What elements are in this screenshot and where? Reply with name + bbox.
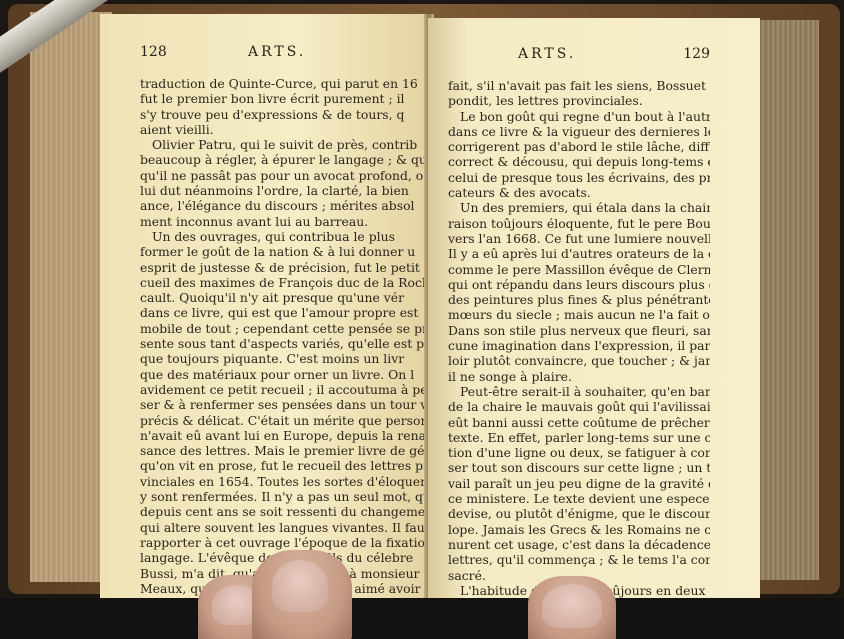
text-line: ser & à renfermer ses pensées dans un to… — [140, 397, 428, 412]
text-line: mobile de tout ; cependant cette pensée … — [140, 321, 428, 336]
text-line: texte. En effet, parler long-tems sur un… — [448, 430, 710, 445]
thumb-right — [528, 576, 616, 639]
text-line: y sont renfermées. Il n'y a pas un seul … — [140, 489, 428, 504]
text-line: beaucoup à régler, à épurer le langage ;… — [140, 152, 428, 167]
text-line: Le bon goût qui regne d'un bout à l'autr… — [448, 109, 710, 124]
text-line: ance, l'élégance du discours ; mérites a… — [140, 198, 428, 213]
text-line: vers l'an 1668. Ce fut une lumiere nouve… — [448, 231, 710, 246]
text-line: que toujours piquante. C'est moins un li… — [140, 351, 428, 366]
text-line: cault. Quoiqu'il n'y ait presque qu'une … — [140, 290, 428, 305]
running-head: ARTS. — [518, 46, 576, 62]
page-number: 129 — [683, 46, 710, 62]
text-line: correct & décousu, qui depuis long-tems … — [448, 154, 710, 169]
finger-left-2 — [252, 550, 352, 639]
text-line: mœurs du siecle ; mais aucun ne l'a fait… — [448, 307, 710, 322]
running-head: ARTS. — [248, 44, 306, 60]
text-line: eût banni aussi cette coûtume de prêcher… — [448, 415, 710, 430]
text-line: ment inconnus avant lui au barreau. — [140, 214, 428, 229]
text-line: Olivier Patru, qui le suivit de près, co… — [140, 137, 428, 152]
text-line: fut le premier bon livre écrit purement … — [140, 91, 428, 106]
left-page: 128 ARTS. traduction de Quinte-Curce, qu… — [100, 14, 428, 604]
text-line: traduction de Quinte-Curce, qui parut en… — [140, 76, 428, 91]
text-line: qu'il ne passât pas pour un avocat profo… — [140, 168, 428, 183]
text-line: de la chaire le mauvais goût qui l'avili… — [448, 399, 710, 414]
text-line: lui dut néanmoins l'ordre, la clarté, la… — [140, 183, 428, 198]
dark-background — [0, 598, 844, 639]
text-line: que des matériaux pour orner un livre. O… — [140, 367, 428, 382]
text-line: sance des lettres. Mais le premier livre… — [140, 443, 428, 458]
text-line: dans ce livre & la vigueur des dernieres… — [448, 124, 710, 139]
text-line: esprit de justesse & de précision, fut l… — [140, 260, 428, 275]
page-number: 128 — [140, 44, 167, 60]
text-line: tion d'une ligne ou deux, se fatiguer à … — [448, 445, 710, 460]
text-line: pondit, les lettres provinciales. — [448, 93, 710, 108]
text-line: qui ont répandu dans leurs discours plus… — [448, 277, 710, 292]
text-line: des peintures plus fines & plus pénétran… — [448, 292, 710, 307]
text-line: aient vieilli. — [140, 122, 428, 137]
text-line: qu'on vit en prose, fut le recueil des l… — [140, 458, 428, 473]
right-page-edges — [757, 20, 819, 580]
right-page: ARTS. 129 fait, s'il n'avait pas fait le… — [428, 18, 760, 602]
text-line: s'y trouve peu d'expressions & de tours,… — [140, 107, 428, 122]
text-line: avidement ce petit recueil ; il accoutum… — [140, 382, 428, 397]
text-line: lettres, qu'il commença ; & le tems l'a … — [448, 552, 710, 567]
text-line: n'avait eû avant lui en Europe, depuis l… — [140, 428, 428, 443]
text-line: cune imagination dans l'expression, il p… — [448, 338, 710, 353]
text-line: qui altere souvent les langues vivantes.… — [140, 520, 428, 535]
text-line: loir plutôt convaincre, que toucher ; & … — [448, 353, 710, 368]
fingernail — [542, 584, 602, 628]
text-line: devise, ou plutôt d'énigme, que le disco… — [448, 506, 710, 521]
text-line: lope. Jamais les Grecs & les Romains ne … — [448, 522, 710, 537]
text-line: vail paraît un jeu peu digne de la gravi… — [448, 476, 710, 491]
text-line: vinciales en 1654. Toutes les sortes d'é… — [140, 474, 428, 489]
text-line: Peut-être serait-il à souhaiter, qu'en b… — [448, 384, 710, 399]
text-line: Un des ouvrages, qui contribua le plus — [140, 229, 428, 244]
text-line: raison toûjours éloquente, fut le pere B… — [448, 216, 710, 231]
text-line: il ne songe à plaire. — [448, 369, 710, 384]
text-line: depuis cent ans se soit ressenti du chan… — [140, 504, 428, 519]
text-line: cateurs & des avocats. — [448, 185, 710, 200]
fingernail — [272, 560, 328, 612]
text-line: cueil des maximes de François duc de la … — [140, 275, 428, 290]
text-line: Dans son stile plus nerveux que fleuri, … — [448, 323, 710, 338]
text-line: sente sous tant d'aspects variés, qu'ell… — [140, 336, 428, 351]
text-line: Un des premiers, qui étala dans la chair… — [448, 200, 710, 215]
text-line: précis & délicat. C'était un mérite que … — [140, 413, 428, 428]
text-line: dans ce livre, qui est que l'amour propr… — [140, 305, 428, 320]
text-line: nurent cet usage, c'est dans la décadenc… — [448, 537, 710, 552]
text-line: ce ministere. Le texte devient une espec… — [448, 491, 710, 506]
text-line: comme le pere Massillon évêque de Clermo… — [448, 262, 710, 277]
text-line: celui de presque tous les écrivains, des… — [448, 170, 710, 185]
right-page-text: fait, s'il n'avait pas fait les siens, B… — [448, 78, 710, 629]
left-page-text: traduction de Quinte-Curce, qui parut en… — [140, 76, 428, 611]
text-line: ser tout son discours sur cette ligne ; … — [448, 460, 710, 475]
text-line: rapporter à cet ouvrage l'époque de la f… — [140, 535, 428, 550]
text-line: corrigerent pas d'abord le stile lâche, … — [448, 139, 710, 154]
text-line: former le goût de la nation & à lui donn… — [140, 244, 428, 259]
text-line: Il y a eû après lui d'autres orateurs de… — [448, 246, 710, 261]
text-line: fait, s'il n'avait pas fait les siens, B… — [448, 78, 710, 93]
